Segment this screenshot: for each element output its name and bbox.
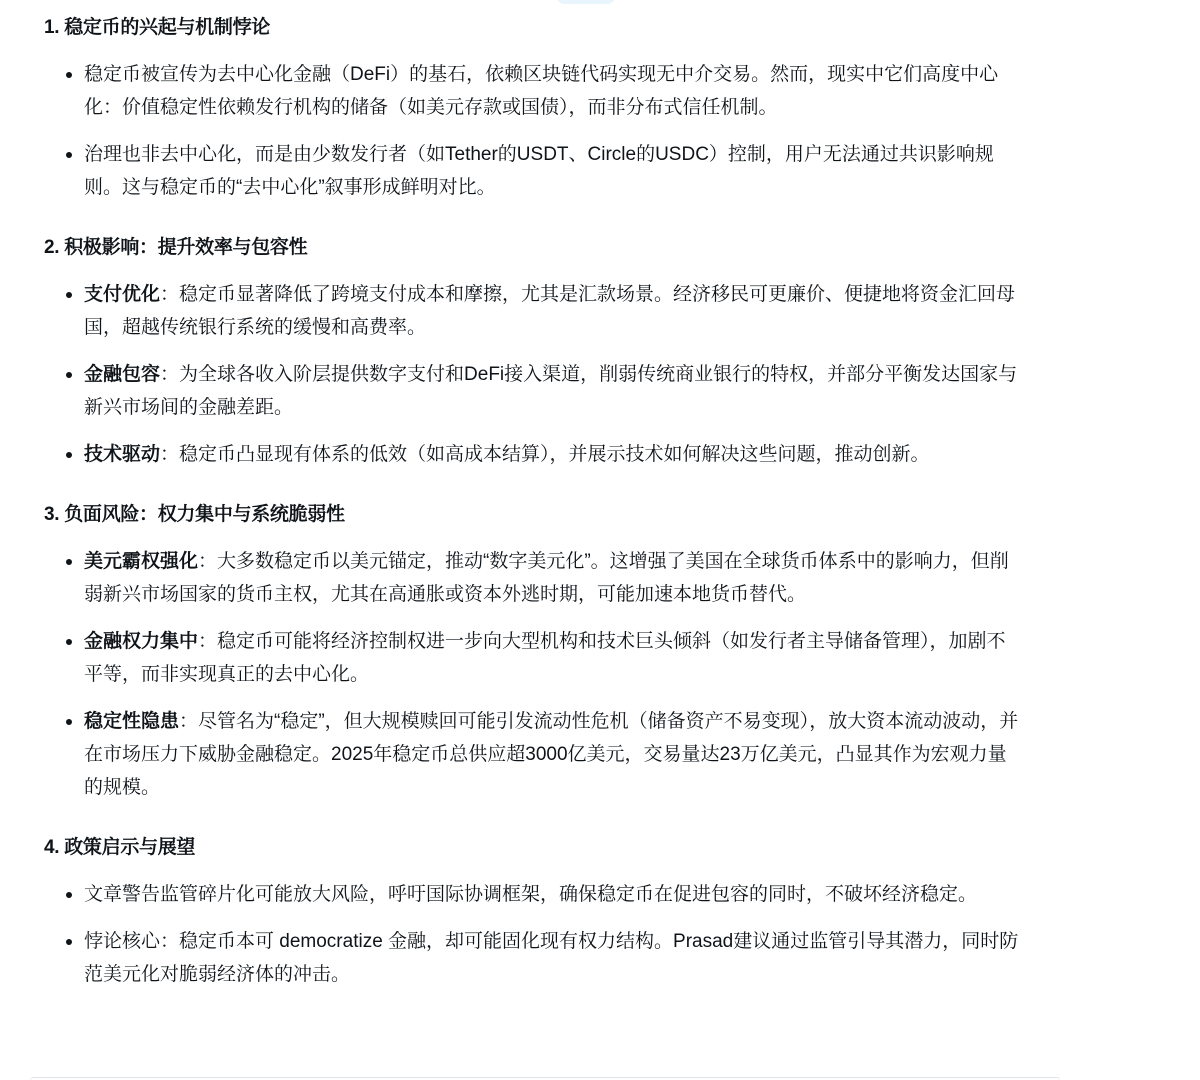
list-item: 文章警告监管碎片化可能放大风险，呼吁国际协调框架，确保稳定币在促进包容的同时，不… (44, 878, 1044, 911)
item-text: 稳定币可能将经济控制权进一步向大型机构和技术巨头倾斜（如发行者主导储备管理），加… (84, 631, 1006, 685)
section-title: 1. 稳定币的兴起与机制悖论 (44, 14, 1044, 42)
list-item: 稳定性隐患：尽管名为“稳定”，但大规模赎回可能引发流动性危机（储备资产不易变现）… (44, 705, 1044, 804)
bullet-icon (66, 72, 72, 78)
section-list: 稳定币被宣传为去中心化金融（DeFi）的基石，依赖区块链代码实现无中介交易。然而… (44, 58, 1044, 204)
bullet-icon (66, 559, 72, 565)
item-separator: ： (179, 711, 198, 732)
item-text: 稳定币凸显现有体系的低效（如高成本结算），并展示技术如何解决这些问题，推动创新。 (179, 444, 930, 465)
item-separator: ： (198, 551, 217, 572)
bullet-icon (66, 639, 72, 645)
list-item: 悖论核心：稳定币本可 democratize 金融，却可能固化现有权力结构。Pr… (44, 925, 1044, 991)
item-separator: ： (198, 631, 217, 652)
bullet-icon (66, 892, 72, 898)
bullet-icon (66, 152, 72, 158)
item-separator: ： (160, 284, 179, 305)
list-item: 金融权力集中：稳定币可能将经济控制权进一步向大型机构和技术巨头倾斜（如发行者主导… (44, 625, 1044, 691)
item-keyword: 美元霸权强化 (84, 551, 198, 572)
item-keyword: 金融包容 (84, 364, 160, 385)
bullet-icon (66, 292, 72, 298)
article-content: 1. 稳定币的兴起与机制悖论 稳定币被宣传为去中心化金融（DeFi）的基石，依赖… (44, 14, 1044, 1021)
bullet-icon (66, 939, 72, 945)
item-keyword: 稳定性隐患 (84, 711, 179, 732)
item-separator: ： (160, 444, 179, 465)
post-page: 1. 稳定币的兴起与机制悖论 稳定币被宣传为去中心化金融（DeFi）的基石，依赖… (0, 0, 1200, 1080)
section-list: 支付优化：稳定币显著降低了跨境支付成本和摩擦，尤其是汇款场景。经济移民可更廉价、… (44, 278, 1044, 471)
top-pill-indicator[interactable] (556, 0, 616, 4)
section-list: 美元霸权强化：大多数稳定币以美元锚定，推动“数字美元化”。这增强了美国在全球货币… (44, 545, 1044, 804)
list-item: 稳定币被宣传为去中心化金融（DeFi）的基石，依赖区块链代码实现无中介交易。然而… (44, 58, 1044, 124)
item-text: 治理也非去中心化，而是由少数发行者（如Tether的USDT、Circle的US… (84, 144, 994, 198)
item-text: 文章警告监管碎片化可能放大风险，呼吁国际协调框架，确保稳定币在促进包容的同时，不… (84, 884, 977, 905)
section-4: 4. 政策启示与展望 文章警告监管碎片化可能放大风险，呼吁国际协调框架，确保稳定… (44, 834, 1044, 991)
section-title: 3. 负面风险：权力集中与系统脆弱性 (44, 501, 1044, 529)
section-2: 2. 积极影响：提升效率与包容性 支付优化：稳定币显著降低了跨境支付成本和摩擦，… (44, 234, 1044, 471)
section-title: 2. 积极影响：提升效率与包容性 (44, 234, 1044, 262)
item-keyword: 支付优化 (84, 284, 160, 305)
item-text: 尽管名为“稳定”，但大规模赎回可能引发流动性危机（储备资产不易变现），放大资本流… (84, 711, 1018, 798)
section-1: 1. 稳定币的兴起与机制悖论 稳定币被宣传为去中心化金融（DeFi）的基石，依赖… (44, 14, 1044, 204)
section-3: 3. 负面风险：权力集中与系统脆弱性 美元霸权强化：大多数稳定币以美元锚定，推动… (44, 501, 1044, 804)
item-text: 为全球各收入阶层提供数字支付和DeFi接入渠道，削弱传统商业银行的特权，并部分平… (84, 364, 1017, 418)
list-item: 治理也非去中心化，而是由少数发行者（如Tether的USDT、Circle的US… (44, 138, 1044, 204)
item-text: 稳定币被宣传为去中心化金融（DeFi）的基石，依赖区块链代码实现无中介交易。然而… (84, 64, 998, 118)
section-title: 4. 政策启示与展望 (44, 834, 1044, 862)
bullet-icon (66, 719, 72, 725)
list-item: 技术驱动：稳定币凸显现有体系的低效（如高成本结算），并展示技术如何解决这些问题，… (44, 438, 1044, 471)
item-text: 稳定币显著降低了跨境支付成本和摩擦，尤其是汇款场景。经济移民可更廉价、便捷地将资… (84, 284, 1015, 338)
list-item: 金融包容：为全球各收入阶层提供数字支付和DeFi接入渠道，削弱传统商业银行的特权… (44, 358, 1044, 424)
section-list: 文章警告监管碎片化可能放大风险，呼吁国际协调框架，确保稳定币在促进包容的同时，不… (44, 878, 1044, 991)
bullet-icon (66, 452, 72, 458)
item-keyword: 金融权力集中 (84, 631, 198, 652)
bullet-icon (66, 372, 72, 378)
item-separator: ： (160, 364, 179, 385)
list-item: 美元霸权强化：大多数稳定币以美元锚定，推动“数字美元化”。这增强了美国在全球货币… (44, 545, 1044, 611)
list-item: 支付优化：稳定币显著降低了跨境支付成本和摩擦，尤其是汇款场景。经济移民可更廉价、… (44, 278, 1044, 344)
item-text: 大多数稳定币以美元锚定，推动“数字美元化”。这增强了美国在全球货币体系中的影响力… (84, 551, 1009, 605)
item-text: 悖论核心：稳定币本可 democratize 金融，却可能固化现有权力结构。Pr… (84, 931, 1018, 985)
item-keyword: 技术驱动 (84, 444, 160, 465)
